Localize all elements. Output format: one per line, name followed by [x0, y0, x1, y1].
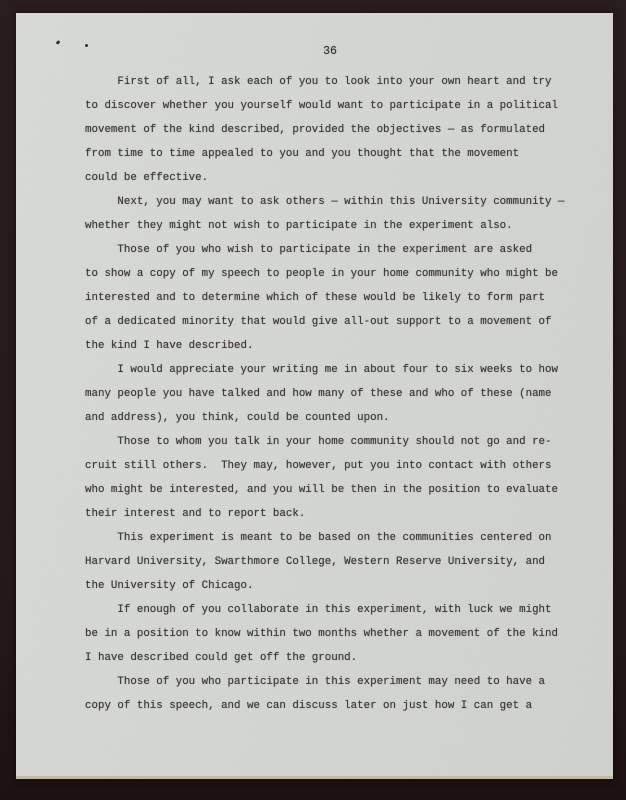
paragraph: Next, you may want to ask others — withi… [85, 190, 585, 238]
scan-background: { "page": { "background_color": "#261a19… [0, 0, 626, 800]
page-body: First of all, I ask each of you to look … [85, 70, 585, 718]
paragraph: First of all, I ask each of you to look … [85, 70, 585, 190]
paragraph: I would appreciate your writing me in ab… [85, 358, 585, 430]
page-number: 36 [85, 40, 575, 64]
paragraph: This experiment is meant to be based on … [85, 526, 585, 598]
paragraph: If enough of you collaborate in this exp… [85, 598, 585, 670]
paragraph: Those to whom you talk in your home comm… [85, 430, 585, 526]
document-page: 36 First of all, I ask each of you to lo… [16, 13, 613, 779]
paragraph: Those of you who wish to participate in … [85, 238, 585, 358]
paragraph: Those of you who participate in this exp… [85, 670, 585, 718]
ink-speck-1 [56, 40, 61, 45]
ink-speck-2 [85, 44, 88, 47]
